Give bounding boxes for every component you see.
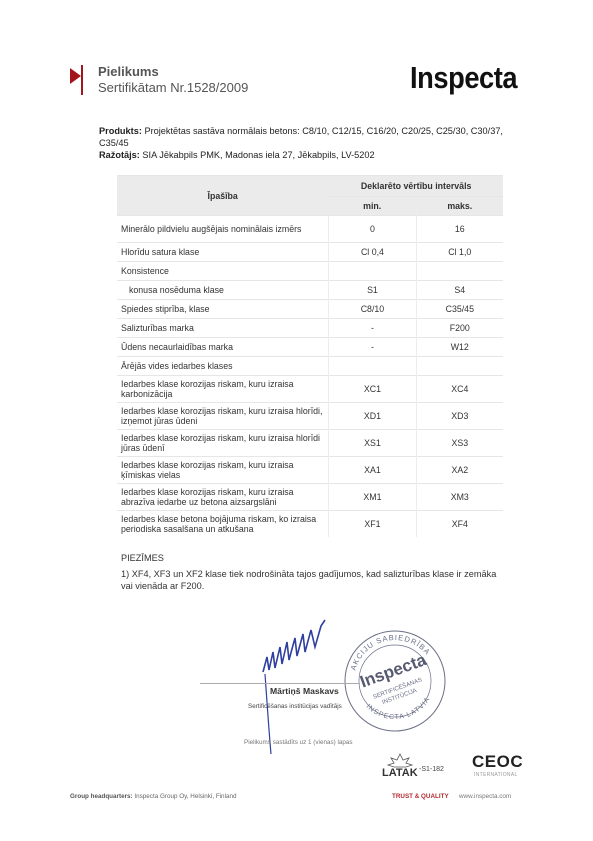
flag-pole [81, 65, 83, 95]
property-min [329, 262, 416, 281]
property-name: Iedarbes klase korozijas riskam, kuru iz… [117, 484, 329, 511]
property-max: S4 [416, 281, 503, 300]
trust-quality-tagline: TRUST & QUALITY [392, 793, 449, 800]
signer-name: Mārtiņš Maskavs [270, 686, 339, 696]
table-row: Iedarbes klase betona bojājuma riskam, k… [117, 511, 503, 538]
property-max: Cl 1,0 [416, 243, 503, 262]
svg-text:LATAK: LATAK [382, 767, 418, 778]
manufacturer-label: Ražotājs: [99, 150, 140, 160]
product-label: Produkts: [99, 126, 142, 136]
property-name: Iedarbes klase korozijas riskam, kuru iz… [117, 403, 329, 430]
property-name: Iedarbes klase korozijas riskam, kuru iz… [117, 457, 329, 484]
property-min: C8/10 [329, 300, 416, 319]
property-name: Konsistence [117, 262, 329, 281]
property-min: XF1 [329, 511, 416, 538]
table-row: Iedarbes klase korozijas riskam, kuru iz… [117, 457, 503, 484]
property-name: Salizturības marka [117, 319, 329, 338]
latak-logo-icon: LATAK [380, 752, 444, 778]
ceoc-subtitle: INTERNATIONAL [474, 772, 518, 778]
property-max: W12 [416, 338, 503, 357]
stamp-center-text: Inspecta [357, 650, 429, 692]
product-value: Projektētas sastāva normālais betons: C8… [99, 126, 503, 148]
properties-table: Īpašība Deklarēto vērtību intervāls min.… [117, 175, 503, 537]
table-row: Minerālo pildvielu augšējais nominālais … [117, 216, 503, 243]
table-row: Iedarbes klase korozijas riskam, kuru iz… [117, 430, 503, 457]
property-max: XF4 [416, 511, 503, 538]
property-min: XM1 [329, 484, 416, 511]
signature-mark [255, 612, 345, 757]
property-max: XD3 [416, 403, 503, 430]
property-max: C35/45 [416, 300, 503, 319]
header-interval: Deklarēto vērtību intervāls [329, 176, 503, 197]
property-min: Cl 0,4 [329, 243, 416, 262]
property-max [416, 357, 503, 376]
property-name: Spiedes stiprība, klase [117, 300, 329, 319]
signer-role: Sertificēšanas institūcijas vadītājs [248, 703, 342, 710]
company-stamp: AKCIJU SABIEDRĪBA INSPECTA LATVIA Inspec… [342, 628, 448, 734]
table-row: Salizturības marka-F200 [117, 319, 503, 338]
property-name: Ūdens necaurlaidības marka [117, 338, 329, 357]
table-row: Iedarbes klase korozijas riskam, kuru iz… [117, 484, 503, 511]
notes-title: PIEZĪMES [121, 553, 164, 563]
table-row: Iedarbes klase korozijas riskam, kuru iz… [117, 403, 503, 430]
property-max: XM3 [416, 484, 503, 511]
brand-logo: Inspecta [410, 60, 517, 96]
certificate-number: Sertifikātam Nr.1528/2009 [98, 80, 248, 95]
table-row: Konsistence [117, 262, 503, 281]
property-min: XC1 [329, 376, 416, 403]
property-min: - [329, 319, 416, 338]
ceoc-logo: CEOC [472, 752, 523, 772]
property-max: XC4 [416, 376, 503, 403]
property-min: XS1 [329, 430, 416, 457]
property-name: Iedarbes klase betona bojājuma riskam, k… [117, 511, 329, 538]
header-property: Īpašība [117, 176, 329, 216]
flag-icon [70, 68, 81, 84]
table-row: Iedarbes klase korozijas riskam, kuru iz… [117, 376, 503, 403]
signature-line [200, 683, 360, 684]
property-min: XA1 [329, 457, 416, 484]
property-name: konusa nosēduma klase [117, 281, 329, 300]
property-name: Iedarbes klase korozijas riskam, kuru iz… [117, 430, 329, 457]
table-row: Hlorīdu satura klaseCl 0,4Cl 1,0 [117, 243, 503, 262]
header-max: maks. [416, 197, 503, 216]
property-min: 0 [329, 216, 416, 243]
hq-label: Group headquarters: [70, 793, 133, 800]
footer-headquarters: Group headquarters: Inspecta Group Oy, H… [70, 793, 236, 800]
table-row: Spiedes stiprība, klaseC8/10C35/45 [117, 300, 503, 319]
property-max [416, 262, 503, 281]
property-min: S1 [329, 281, 416, 300]
property-max: XS3 [416, 430, 503, 457]
table-row: konusa nosēduma klaseS1S4 [117, 281, 503, 300]
document-title: Pielikums [98, 64, 159, 79]
property-min: XD1 [329, 403, 416, 430]
product-info: Produkts: Projektētas sastāva normālais … [99, 125, 519, 161]
property-min [329, 357, 416, 376]
pages-note: Pielikums sastādīts uz 1 (vienas) lapas [244, 739, 353, 746]
notes-text: 1) XF4, XF3 un XF2 klase tiek nodrošināt… [121, 568, 501, 592]
property-name: Iedarbes klase korozijas riskam, kuru iz… [117, 376, 329, 403]
header-min: min. [329, 197, 416, 216]
property-max: F200 [416, 319, 503, 338]
property-min: - [329, 338, 416, 357]
property-name: Ārējās vides iedarbes klases [117, 357, 329, 376]
manufacturer-value: SIA Jēkabpils PMK, Madonas iela 27, Jēka… [142, 150, 374, 160]
table-row: Ārējās vides iedarbes klases [117, 357, 503, 376]
latak-code: -S1-182 [419, 766, 444, 773]
property-name: Hlorīdu satura klase [117, 243, 329, 262]
property-name: Minerālo pildvielu augšējais nominālais … [117, 216, 329, 243]
table-row: Ūdens necaurlaidības marka-W12 [117, 338, 503, 357]
website-link[interactable]: www.inspecta.com [459, 793, 511, 800]
property-max: 16 [416, 216, 503, 243]
hq-value: Inspecta Group Oy, Helsinki, Finland [134, 793, 236, 800]
property-max: XA2 [416, 457, 503, 484]
